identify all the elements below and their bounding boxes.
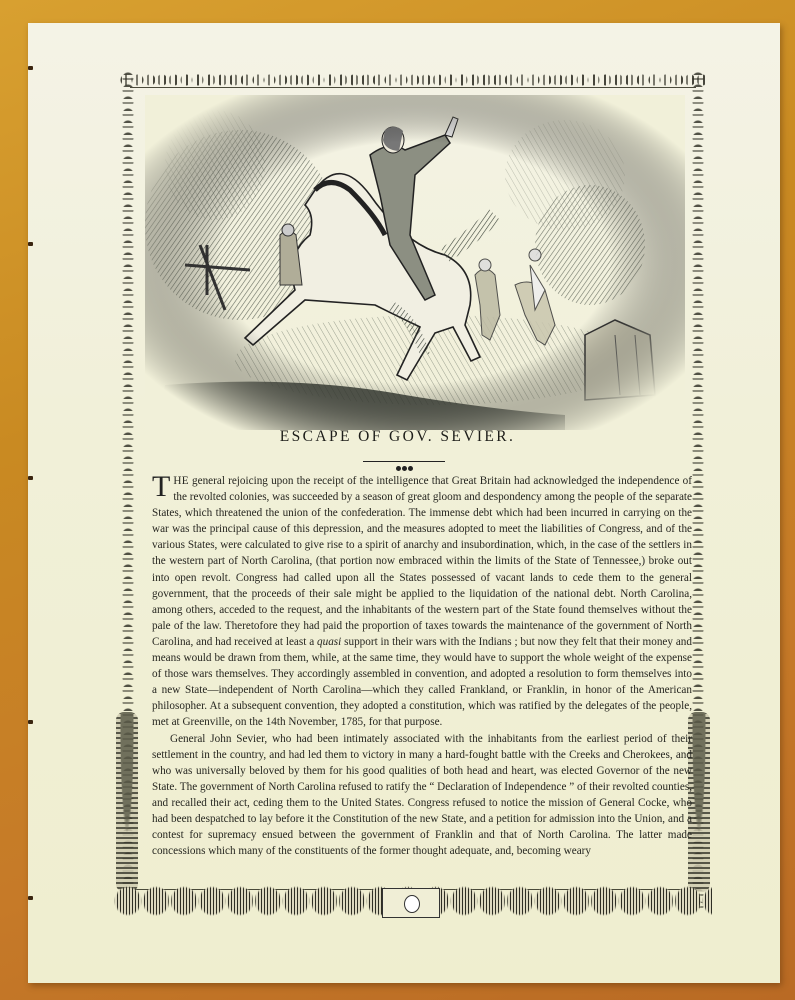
vine-border-top bbox=[120, 72, 706, 88]
engraving-illustration bbox=[145, 95, 685, 430]
paragraph-2: General John Sevier, who had been intima… bbox=[152, 731, 692, 860]
border-rule bbox=[130, 87, 696, 88]
cherub-cartouche bbox=[382, 888, 440, 918]
paragraph-1: THE general rejoicing upon the receipt o… bbox=[152, 473, 692, 731]
drop-cap: T bbox=[152, 474, 170, 500]
binding-hole bbox=[28, 66, 33, 70]
paragraph-text: support in their wars with the Indians ;… bbox=[152, 636, 692, 728]
article-body: THE general rejoicing upon the receipt o… bbox=[152, 473, 692, 859]
paragraph-text: general rejoicing upon the receipt of th… bbox=[152, 475, 692, 648]
lead-in: HE bbox=[173, 475, 189, 487]
binding-hole bbox=[28, 476, 33, 480]
divider-ornament bbox=[395, 458, 413, 465]
binding-hole bbox=[28, 896, 33, 900]
italic-word: quasi bbox=[317, 636, 341, 648]
binding-hole bbox=[28, 720, 33, 724]
article-title: ESCAPE OF GOV. SEVIER. bbox=[0, 428, 795, 446]
binding-hole bbox=[28, 242, 33, 246]
caryatid-pillar-left bbox=[116, 712, 138, 892]
